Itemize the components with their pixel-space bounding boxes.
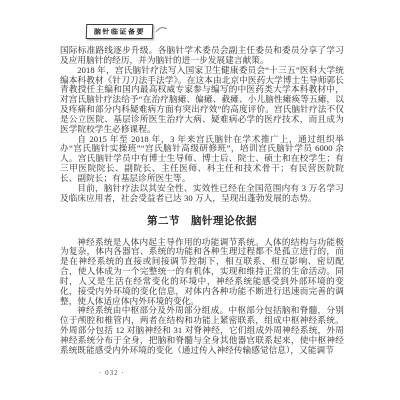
paragraph-training-2015-2018: 自 2015 年至 2018 年，3 年来宫氏脑针在学术推广上，通过组织举办“宫… (60, 135, 344, 184)
page-number: · 032 · (99, 369, 125, 377)
page-body: 国际标准路线逐步升级。各脑针学术委员会副主任委员和委员分享了学习及应用脑针的经历… (60, 46, 344, 204)
ribbon-tail-icon (155, 21, 168, 39)
section-body: 神经系统是人体内起主导作用的功能调节系统。人体的结构与功能极为复杂，体内各器官、… (60, 238, 344, 356)
running-header: 脑针临证备要 (86, 24, 344, 39)
paragraph-2018-textbook: 2018 年，宫氏脑针疗法写入国家卫生健康委员会“十三五”医科大学统编本科教材《… (60, 66, 344, 135)
paragraph-current-status: 目前，脑针疗法以其安全性、实效性已经在全国范围内有 3 万名学习及临床应用者，社… (60, 184, 344, 204)
paragraph-continuation: 国际标准路线逐步升级。各脑针学术委员会副主任委员和委员分享了学习及应用脑针的经历… (60, 46, 344, 66)
paragraph-nervous-system-role: 神经系统是人体内起主导作用的功能调节系统。人体的结构与功能极为复杂，体内各器官、… (60, 238, 344, 307)
section-heading: 第二节 脑针理论依据 (60, 216, 344, 228)
book-page: 脑针临证备要 国际标准路线逐步升级。各脑针学术委员会副主任委员和委员分享了学习及… (0, 0, 400, 400)
running-header-title: 脑针临证备要 (86, 24, 154, 39)
paragraph-nervous-system-structure: 神经系统由中枢部分及外周部分组成。中枢部分包括脑和脊髓，分别位于颅腔和椎管内，两… (60, 306, 344, 355)
